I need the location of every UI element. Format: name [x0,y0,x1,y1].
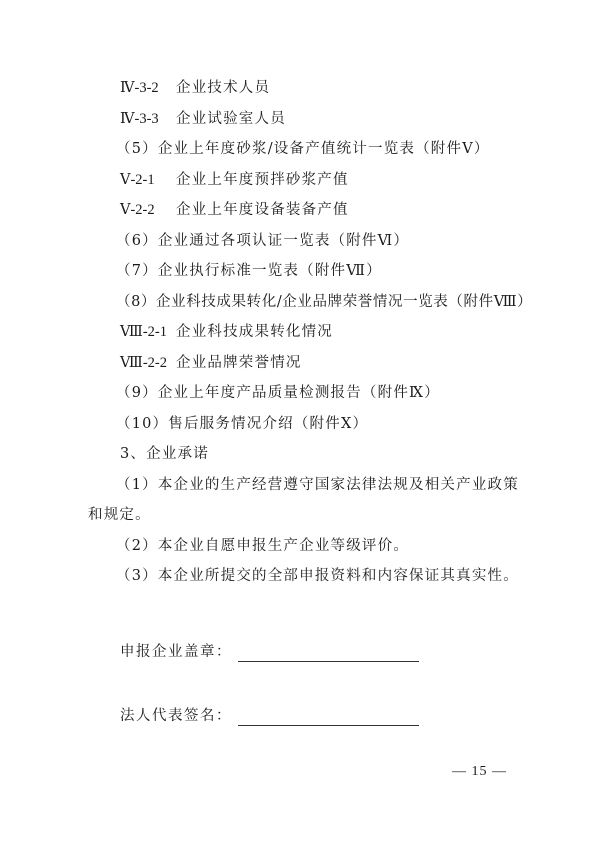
commitment-continuation: 和规定。 [88,505,151,525]
commitment-item: （3）本企业所提交的全部申报资料和内容保证其真实性。 [116,566,519,586]
item-text: （6）企业通过各项认证一览表（附件Ⅵ） [116,233,409,249]
list-item: （9）企业上年度产品质量检测报告（附件Ⅸ） [116,383,440,403]
signature-label: 法人代表签名： [120,706,232,726]
item-code: Ⅷ-2-1 [120,322,172,342]
list-item: Ⅷ-2-2企业品牌荣誉情况 [120,353,302,373]
item-text: 企业试验室人员 [176,111,286,127]
item-text: 企业上年度预拌砂浆产值 [176,172,349,188]
item-text: 企业科技成果转化情况 [176,324,333,340]
commitment-text: （2）本企业自愿申报生产企业等级评价。 [116,538,409,554]
item-text: （9）企业上年度产品质量检测报告（附件Ⅸ） [116,385,440,401]
commitment-text: （1）本企业的生产经营遵守国家法律法规及相关产业政策 [116,477,519,493]
commitment-item: （2）本企业自愿申报生产企业等级评价。 [116,536,409,556]
signature-blank-line [238,711,419,726]
signature-field: 法人代表签名： [120,706,419,726]
list-item: Ⅳ-3-2企业技术人员 [120,78,270,98]
document-page: Ⅳ-3-2企业技术人员 Ⅳ-3-3企业试验室人员 （5）企业上年度砂浆/设备产值… [0,0,600,849]
commitment-text: （3）本企业所提交的全部申报资料和内容保证其真实性。 [116,568,519,584]
commitment-item: （1）本企业的生产经营遵守国家法律法规及相关产业政策 [116,475,519,495]
list-item: Ⅳ-3-3企业试验室人员 [120,109,286,129]
list-item: （8）企业科技成果转化/企业品牌荣誉情况一览表（附件Ⅷ） [116,292,532,312]
list-item: （10）售后服务情况介绍（附件Ⅹ） [116,414,368,434]
list-item: （6）企业通过各项认证一览表（附件Ⅵ） [116,231,409,251]
commitment-text: 和规定。 [88,507,151,523]
item-text: 企业技术人员 [176,80,270,96]
item-text: （7）企业执行标准一览表（附件Ⅶ） [116,263,382,279]
item-code: Ⅴ-2-1 [120,170,172,190]
item-code: Ⅳ-3-2 [120,78,172,98]
item-text: 企业品牌荣誉情况 [176,355,302,371]
list-item: Ⅷ-2-1企业科技成果转化情况 [120,322,333,342]
section-heading: 3、企业承诺 [120,444,209,464]
item-text: （5）企业上年度砂浆/设备产值统计一览表（附件Ⅴ） [116,141,490,157]
section-heading-text: 3、企业承诺 [120,446,209,462]
item-code: Ⅴ-2-2 [120,200,172,220]
item-code: Ⅳ-3-3 [120,109,172,129]
seal-blank-line [238,647,419,662]
list-item: Ⅴ-2-2企业上年度设备装备产值 [120,200,349,220]
seal-label: 申报企业盖章： [120,642,232,662]
seal-field: 申报企业盖章： [120,642,419,662]
item-text: （10）售后服务情况介绍（附件Ⅹ） [116,416,368,432]
list-item: Ⅴ-2-1企业上年度预拌砂浆产值 [120,170,349,190]
item-text: 企业上年度设备装备产值 [176,202,349,218]
item-code: Ⅷ-2-2 [120,353,172,373]
page-number: — 15 — [452,764,507,780]
item-text: （8）企业科技成果转化/企业品牌荣誉情况一览表（附件Ⅷ） [116,294,532,310]
list-item: （7）企业执行标准一览表（附件Ⅶ） [116,261,382,281]
list-item: （5）企业上年度砂浆/设备产值统计一览表（附件Ⅴ） [116,139,490,159]
